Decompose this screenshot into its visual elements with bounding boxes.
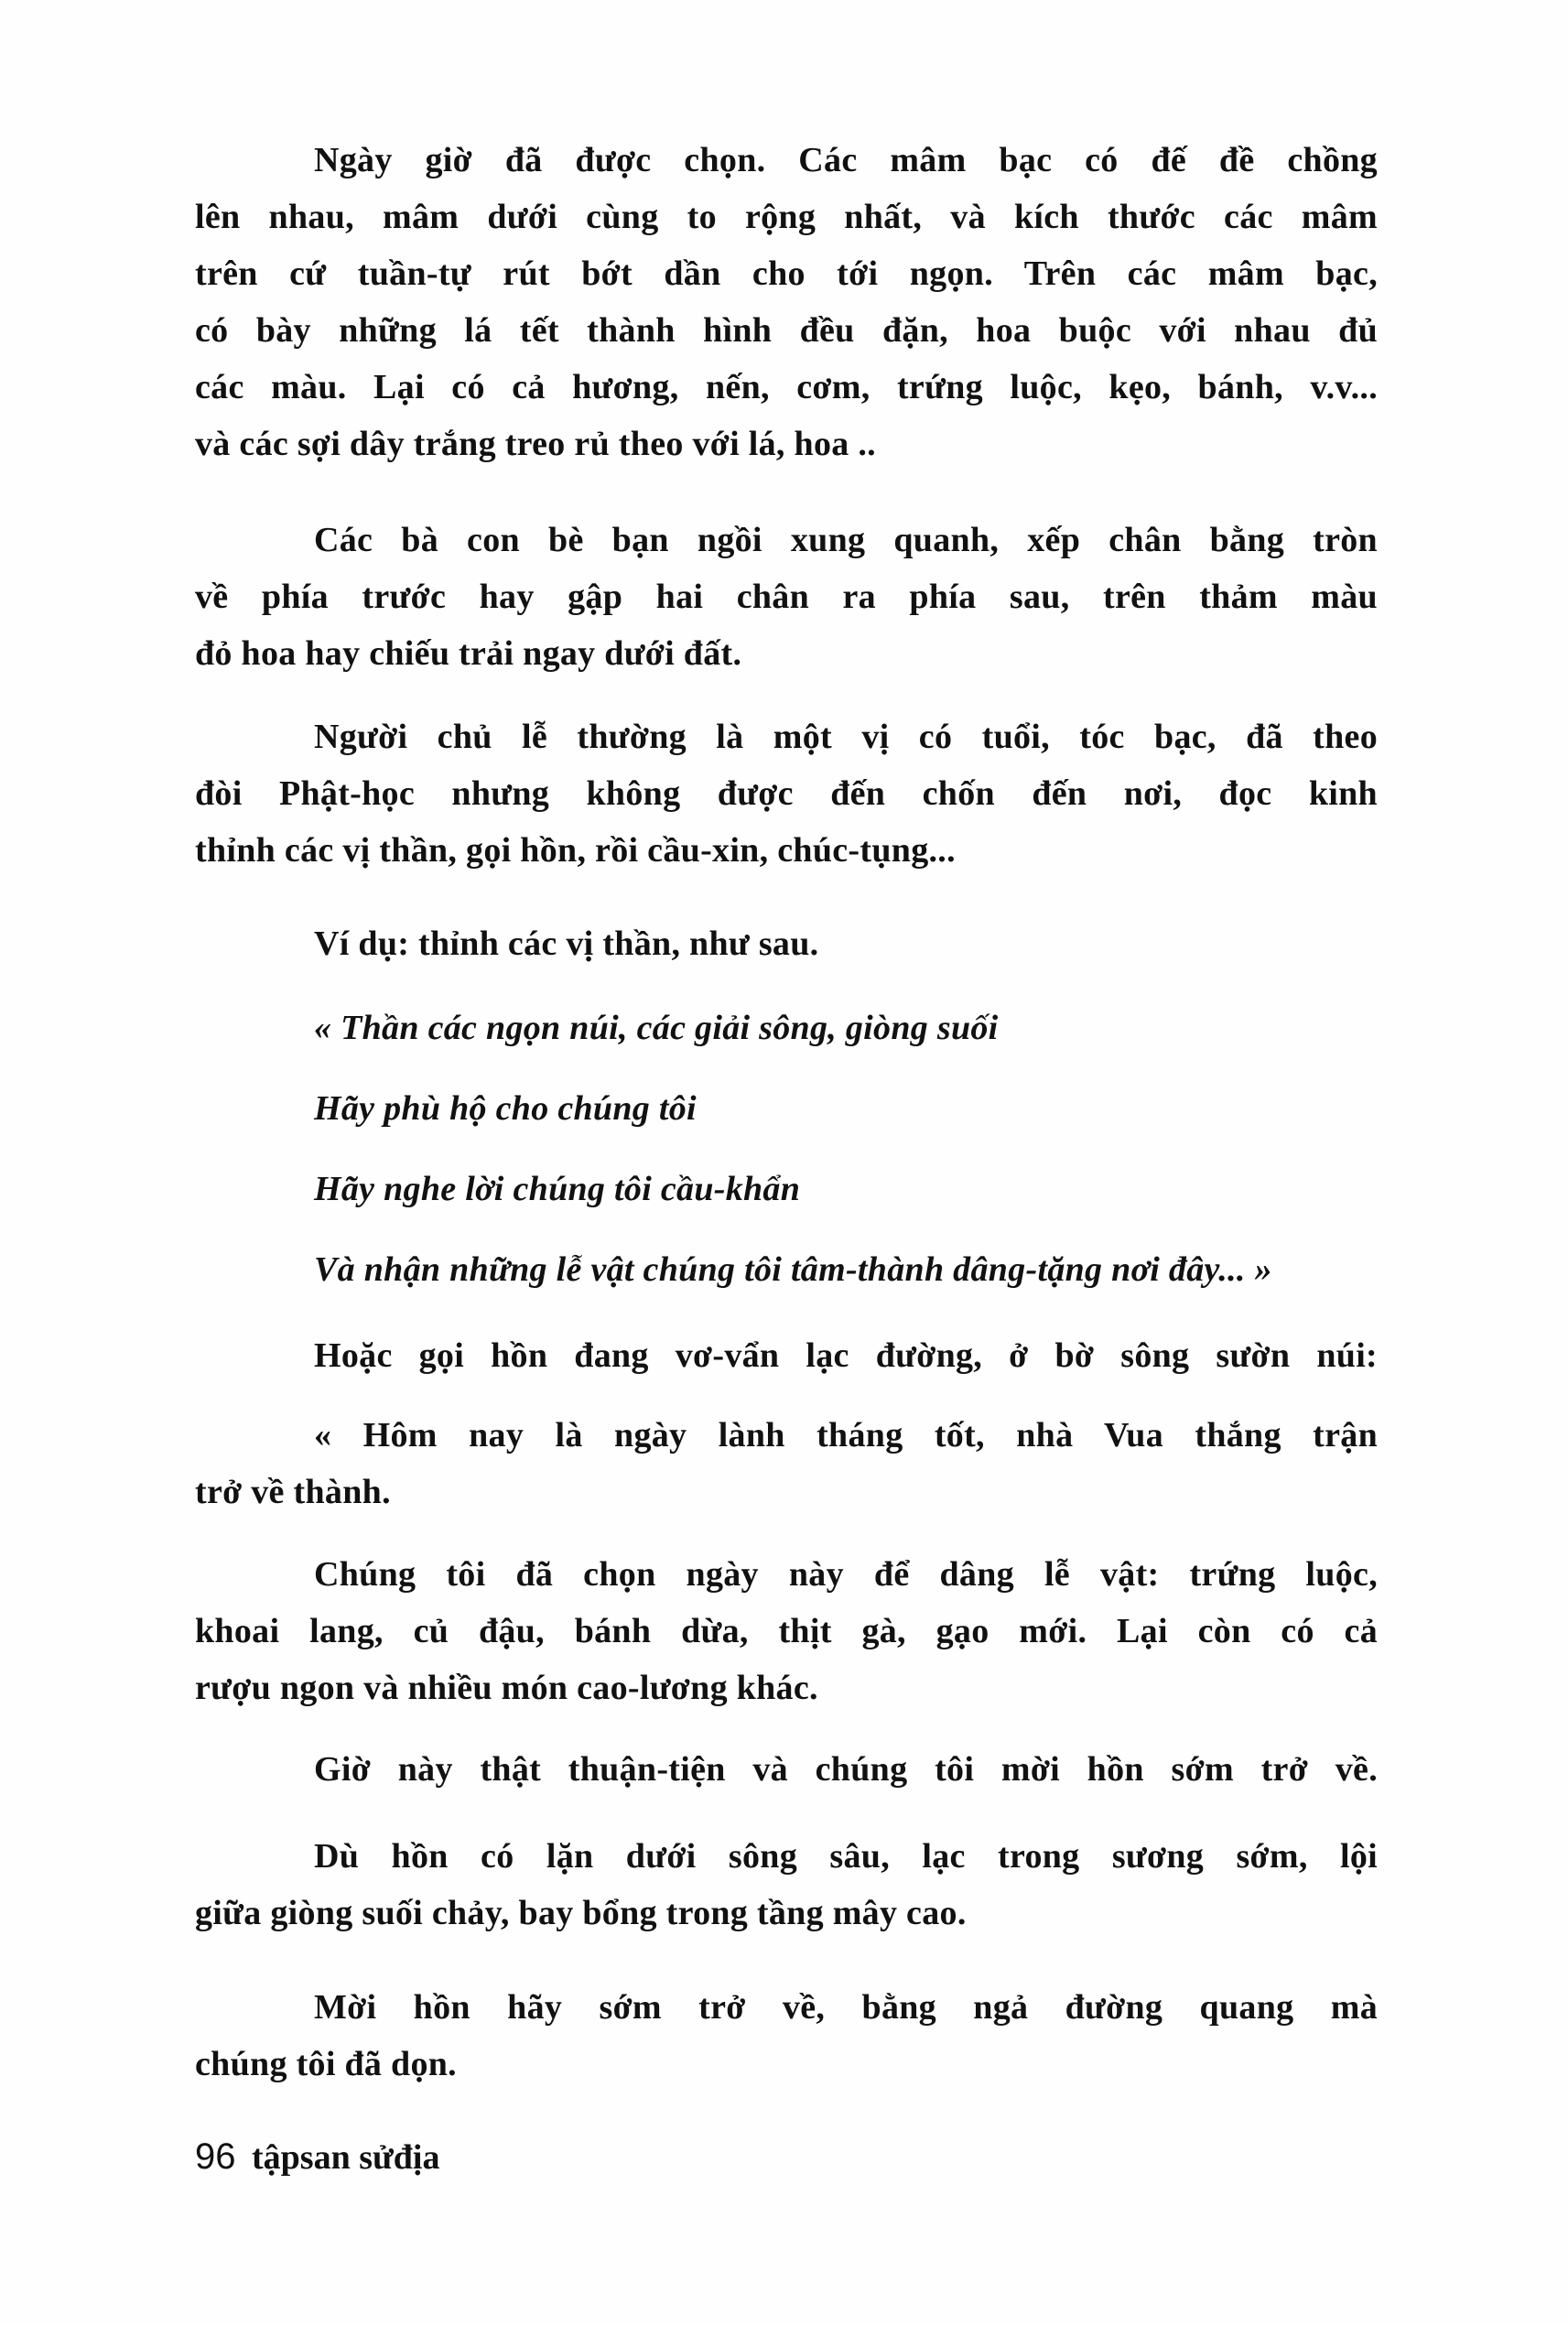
paragraph-7-line-2: khoai lang, củ đậu, bánh dừa, thịt gà, g… <box>195 1610 1378 1652</box>
document-page: Ngày giờ đã được chọn. Các mâm bạc có đế… <box>0 0 1568 2325</box>
paragraph-5-line-1: Hoặc gọi hồn đang vơ-vẩn lạc đường, ở bờ… <box>314 1335 1378 1377</box>
paragraph-3-line-3: thỉnh các vị thần, gọi hồn, rồi cầu-xin,… <box>195 829 1378 871</box>
page-footer: 96 tậpsan sửđịa <box>195 2136 440 2179</box>
paragraph-2-line-2: về phía trước hay gập hai chân ra phía s… <box>195 576 1378 618</box>
paragraph-10-line-2: chúng tôi đã dọn. <box>195 2043 1378 2085</box>
paragraph-9-line-1: Dù hồn có lặn dưới sông sâu, lạc trong s… <box>314 1835 1378 1877</box>
paragraph-7-line-3: rượu ngon và nhiều món cao-lương khác. <box>195 1667 1378 1709</box>
paragraph-1-line-3: trên cứ tuần-tự rút bớt dần cho tới ngọn… <box>195 253 1378 295</box>
paragraph-1-line-2: lên nhau, mâm dưới cùng to rộng nhất, và… <box>195 196 1378 238</box>
paragraph-6-line-1: « Hôm nay là ngày lành tháng tốt, nhà Vu… <box>314 1414 1378 1456</box>
paragraph-2-line-1: Các bà con bè bạn ngồi xung quanh, xếp c… <box>314 519 1378 561</box>
paragraph-1-line-4: có bày những lá tết thành hình đều đặn, … <box>195 309 1378 351</box>
prayer-line-3: Hãy nghe lời chúng tôi cầu-khẩn <box>314 1168 1378 1210</box>
paragraph-3-line-2: đòi Phật-học nhưng không được đến chốn đ… <box>195 773 1378 815</box>
paragraph-7-line-1: Chúng tôi đã chọn ngày này để dâng lễ vậ… <box>314 1553 1378 1595</box>
paragraph-1-line-1: Ngày giờ đã được chọn. Các mâm bạc có đế… <box>314 139 1378 181</box>
paragraph-9-line-2: giữa giòng suối chảy, bay bổng trong tần… <box>195 1892 1378 1934</box>
paragraph-2-line-3: đỏ hoa hay chiếu trải ngay dưới đất. <box>195 633 1378 675</box>
paragraph-8-line-1: Giờ này thật thuận-tiện và chúng tôi mời… <box>314 1748 1378 1790</box>
prayer-line-1: « Thần các ngọn núi, các giải sông, giòn… <box>314 1007 1378 1049</box>
prayer-line-4: Và nhận những lễ vật chúng tôi tâm-thành… <box>314 1249 1378 1291</box>
paragraph-3-line-1: Người chủ lễ thường là một vị có tuổi, t… <box>314 716 1378 758</box>
paragraph-10-line-1: Mời hồn hãy sớm trở về, bằng ngả đường q… <box>314 1986 1378 2028</box>
paragraph-1-line-6: và các sợi dây trắng treo rủ theo với lá… <box>195 423 1378 465</box>
example-intro-line: Ví dụ: thỉnh các vị thần, như sau. <box>314 923 1378 965</box>
paragraph-6-line-2: trở về thành. <box>195 1471 1378 1513</box>
publication-title: tậpsan sửđịa <box>252 2138 440 2177</box>
prayer-line-2: Hãy phù hộ cho chúng tôi <box>314 1087 1378 1130</box>
page-number: 96 <box>195 2136 236 2177</box>
paragraph-1-line-5: các màu. Lại có cả hương, nến, cơm, trứn… <box>195 366 1378 408</box>
